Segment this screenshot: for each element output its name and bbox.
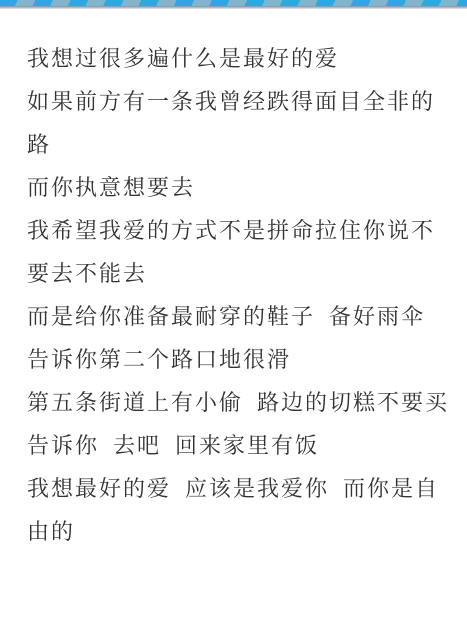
poem-line: 由的 bbox=[27, 511, 459, 554]
poem-line: 我想最好的爱 应该是我爱你 而你是自 bbox=[27, 468, 459, 511]
poem-text: 我想过很多遍什么是最好的爱如果前方有一条我曾经跌得面目全非的路而你执意想要去我希… bbox=[0, 9, 467, 554]
poem-line: 告诉你 去吧 回来家里有饭 bbox=[27, 425, 459, 468]
poem-line: 我希望我爱的方式不是拼命拉住你说不 bbox=[27, 210, 459, 253]
poem-line: 第五条街道上有小偷 路边的切糕不要买 bbox=[27, 382, 459, 425]
poem-line: 而是给你准备最耐穿的鞋子 备好雨伞 bbox=[27, 296, 459, 339]
poem-line: 路 bbox=[27, 124, 459, 167]
poem-line: 我想过很多遍什么是最好的爱 bbox=[27, 38, 459, 81]
poem-line: 如果前方有一条我曾经跌得面目全非的 bbox=[27, 81, 459, 124]
poem-line: 而你执意想要去 bbox=[27, 167, 459, 210]
page: 我想过很多遍什么是最好的爱如果前方有一条我曾经跌得面目全非的路而你执意想要去我希… bbox=[0, 0, 467, 628]
poem-line: 要去不能去 bbox=[27, 253, 459, 296]
poem-line: 告诉你第二个路口地很滑 bbox=[27, 339, 459, 382]
